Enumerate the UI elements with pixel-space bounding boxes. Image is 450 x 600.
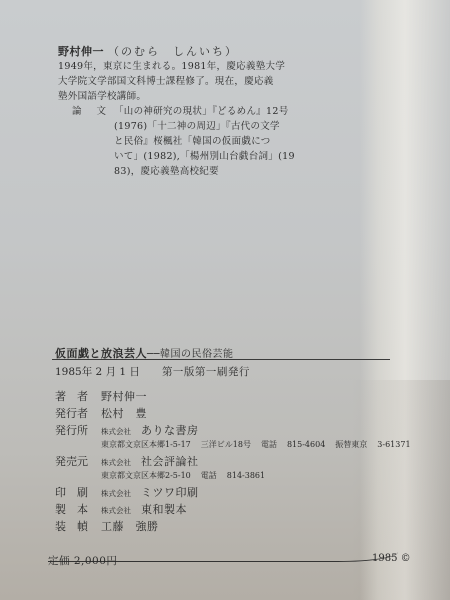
papers-line: (1976)「十二神の周辺」『古代の文学	[114, 119, 314, 134]
publisher-tel-label: 電話	[261, 439, 277, 450]
binder-kk: 株式会社	[101, 505, 131, 516]
title-divider	[52, 359, 390, 360]
distributor-label: 発売元	[55, 453, 101, 469]
papers-line: いて」(1982),「楊州別山台戯台詞」(19	[114, 149, 314, 164]
papers-line: 「山の神研究の現状」『どるめん』12号	[114, 104, 314, 119]
papers-line: 83)，慶応義塾高校紀要	[114, 164, 314, 179]
binder-value: 東和製本	[141, 501, 187, 517]
author-name-line: 野村伸一（のむら しんいち）	[58, 44, 338, 59]
colophon-row-author: 著 者 野村伸一	[55, 388, 421, 405]
colophon-row-distributor: 発売元 株式会社 社会評論社	[55, 453, 421, 470]
bio-line: 1949年，東京に生まれる。1981年，慶応義塾大学	[58, 59, 338, 74]
bio-line: 大学院文学部国文科博士課程修了。現在，慶応義	[58, 74, 338, 89]
publisher-address: 東京都文京区本郷1-5-17	[101, 439, 191, 450]
publisher-address-line: 東京都文京区本郷1-5-17 三洋ビル18号 電話 815-4604 振替東京 …	[55, 439, 421, 453]
papers-label: 論 文	[72, 104, 114, 179]
colophon-row-publisher-person: 発行者 松村 豊	[55, 405, 421, 422]
author-bio: 野村伸一（のむら しんいち） 1949年，東京に生まれる。1981年，慶応義塾大…	[58, 44, 338, 179]
publisher-transfer-label: 振替東京	[335, 439, 367, 450]
edition-line: 1985年 2 月 1 日第一版第一刷発行	[55, 364, 250, 379]
binder-label: 製 本	[55, 501, 101, 517]
price: 定価 2,000円	[48, 553, 117, 568]
papers-line: と民俗』桜楓社「韓国の仮面戯につ	[114, 134, 314, 149]
colophon-row-binder: 製 本 株式会社 東和製本	[55, 501, 421, 518]
designer-label: 装 幀	[55, 518, 101, 534]
colophon: 著 者 野村伸一 発行者 松村 豊 発行所 株式会社 ありな書房 東京都文京区本…	[55, 388, 421, 535]
publisher-person-value: 松村 豊	[101, 405, 147, 421]
publisher-label: 発行所	[55, 422, 101, 438]
papers-section: 論 文 「山の神研究の現状」『どるめん』12号 (1976)「十二神の周辺」『古…	[72, 104, 338, 179]
distributor-tel: 814-3861	[227, 471, 265, 480]
distributor-address-line: 東京都文京区本郷2-5-10 電話 814-3861	[55, 470, 421, 484]
distributor-value: 社会評論社	[141, 453, 199, 469]
copyright: 1985 ©	[372, 553, 411, 564]
publisher-kk: 株式会社	[101, 426, 131, 437]
author-name-reading: （のむら しんいち）	[108, 45, 238, 58]
publisher-person-label: 発行者	[55, 405, 101, 421]
publisher-value: ありな書房	[141, 422, 199, 438]
publisher-transfer: 3-61371	[377, 440, 410, 449]
printer-kk: 株式会社	[101, 488, 131, 499]
distributor-address: 東京都文京区本郷2-5-10	[101, 470, 191, 481]
bio-line: 塾外国語学校講師。	[58, 89, 338, 104]
edition-label: 第一版第一刷発行	[162, 366, 250, 378]
designer-value: 工藤 強勝	[101, 518, 159, 534]
publisher-building: 三洋ビル18号	[201, 439, 251, 450]
author-name: 野村伸一	[58, 45, 104, 58]
publisher-tel: 815-4604	[287, 440, 325, 449]
papers-list: 「山の神研究の現状」『どるめん』12号 (1976)「十二神の周辺」『古代の文学…	[114, 104, 314, 179]
distributor-kk: 株式会社	[101, 457, 131, 468]
colophon-row-publisher: 発行所 株式会社 ありな書房	[55, 422, 421, 439]
colophon-row-designer: 装 幀 工藤 強勝	[55, 518, 421, 535]
publication-date: 1985年 2 月 1 日	[55, 366, 140, 378]
printer-label: 印 刷	[55, 484, 101, 500]
colophon-row-printer: 印 刷 株式会社 ミツワ印刷	[55, 484, 421, 501]
distributor-tel-label: 電話	[201, 470, 217, 481]
author-label: 著 者	[55, 388, 101, 404]
author-value: 野村伸一	[101, 388, 147, 404]
printer-value: ミツワ印刷	[141, 484, 199, 500]
